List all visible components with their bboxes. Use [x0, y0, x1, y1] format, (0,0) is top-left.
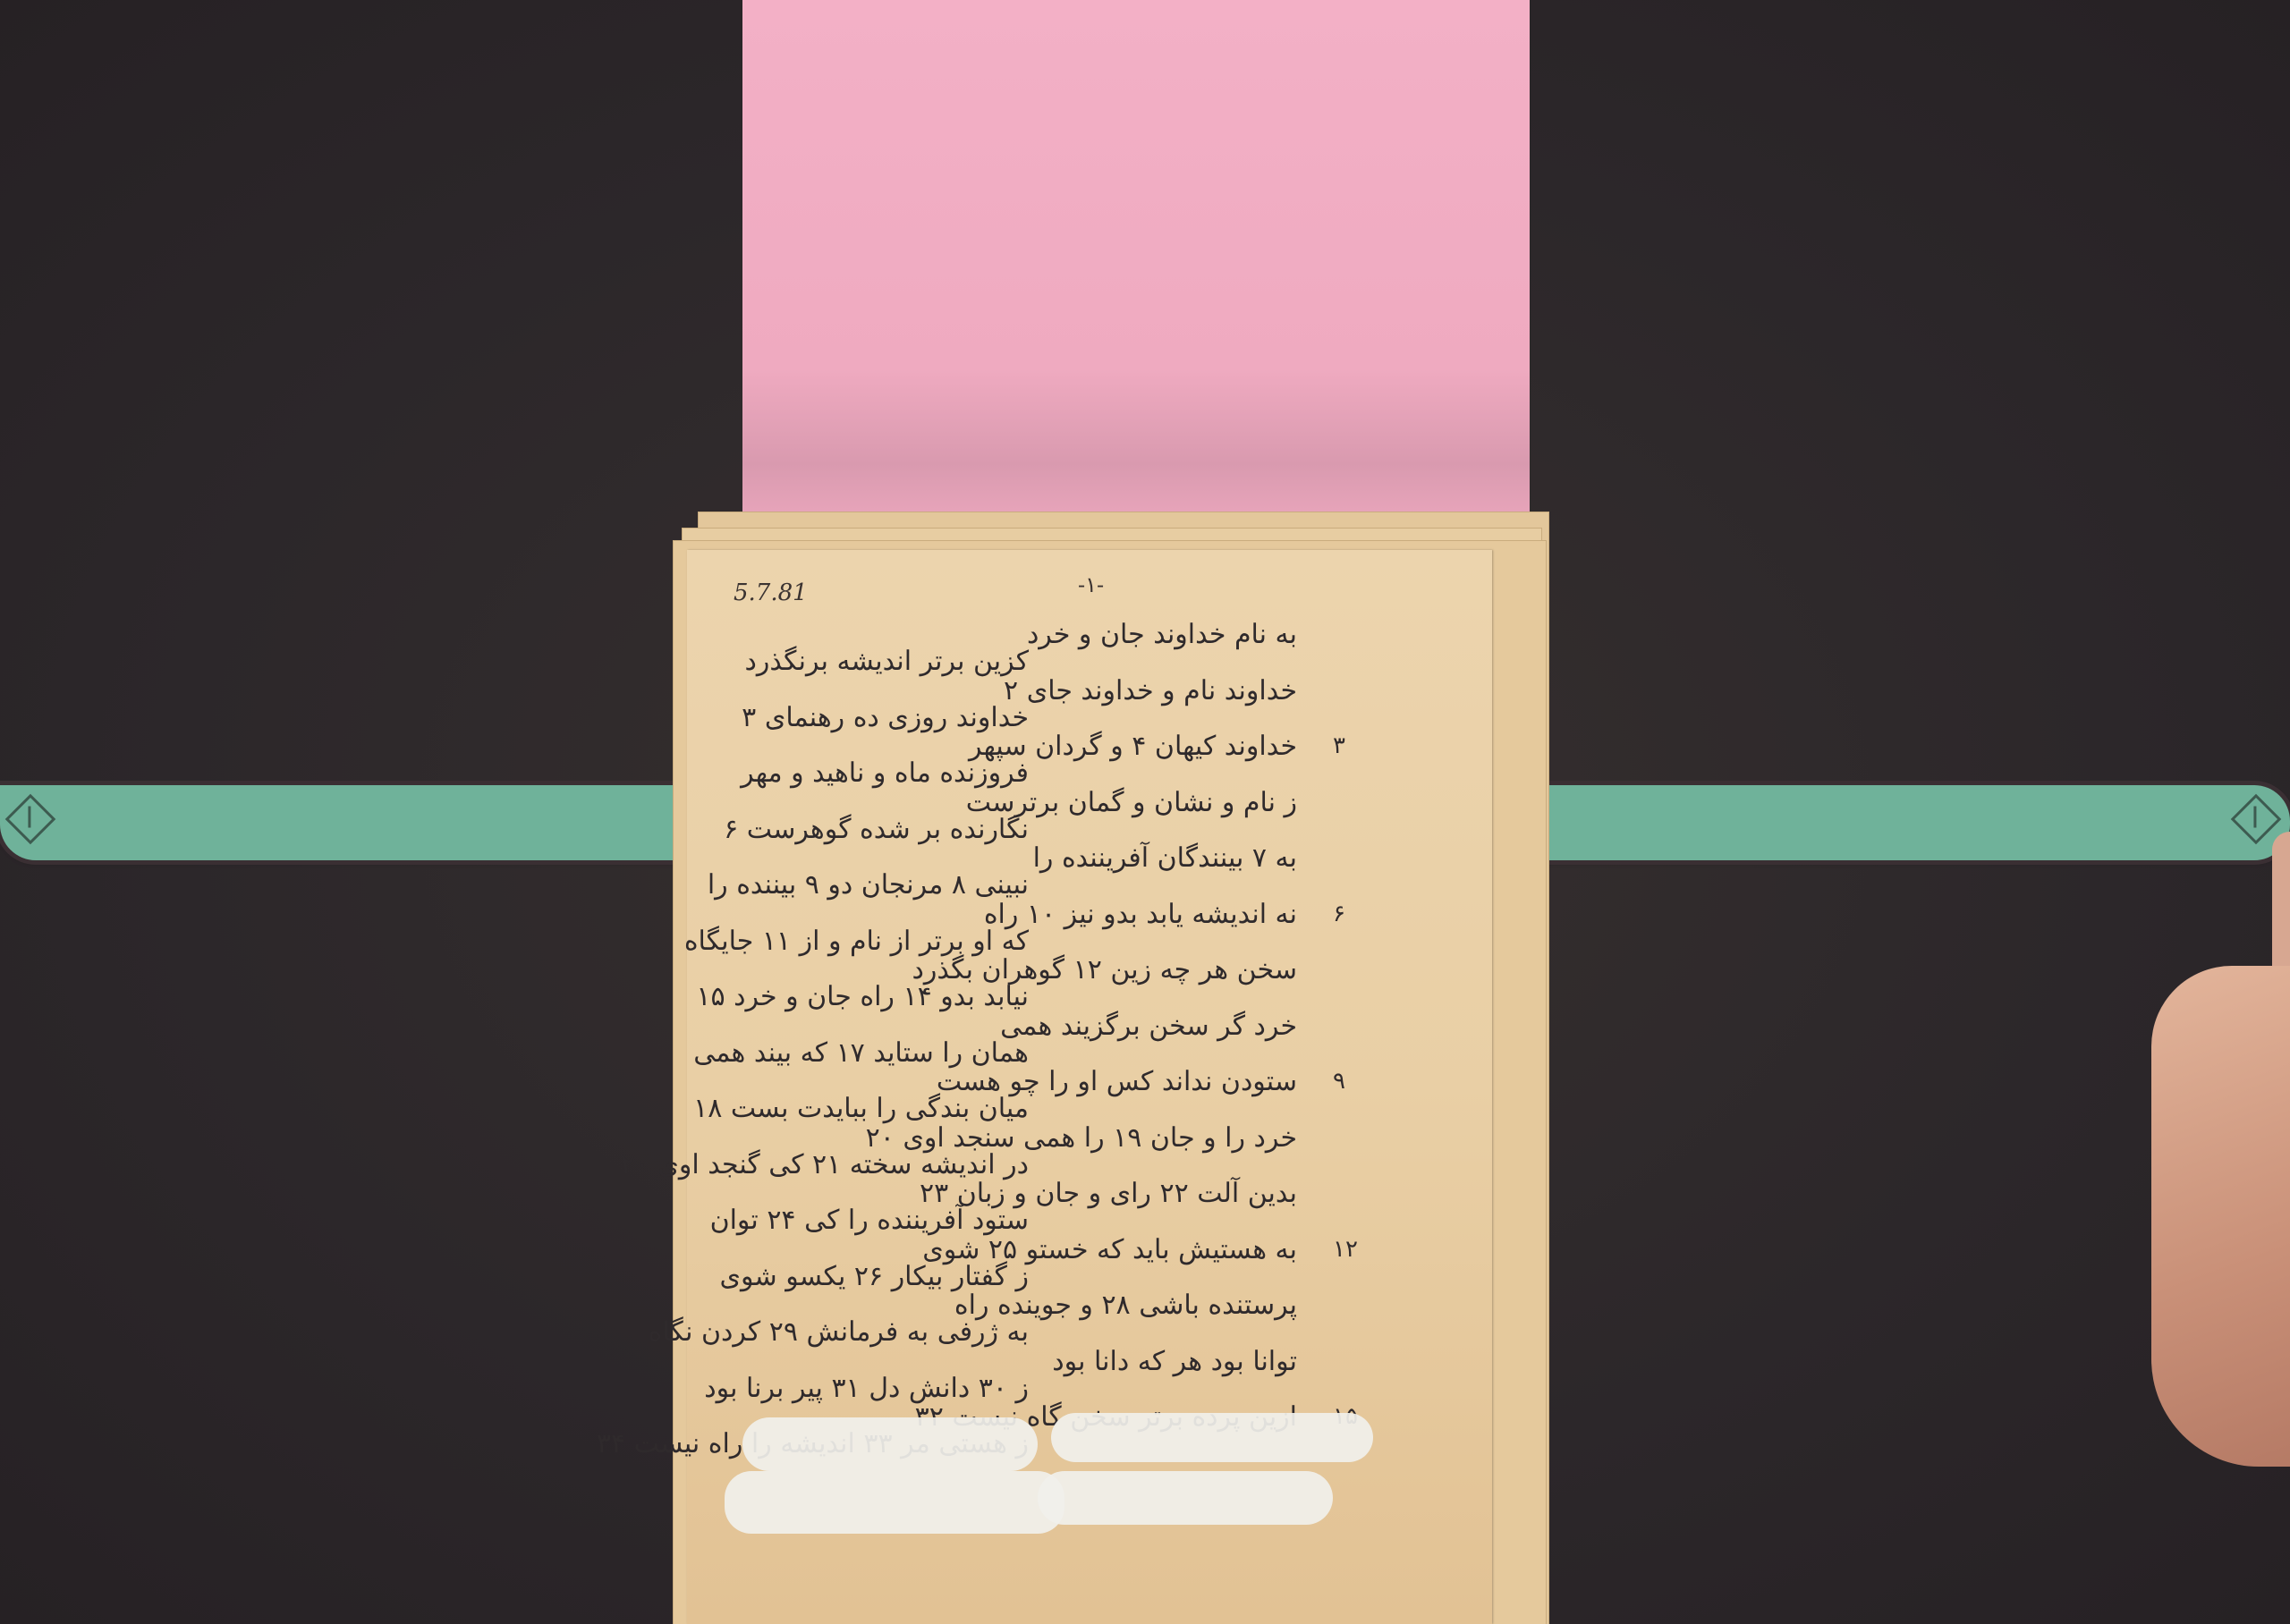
verse-left-hemistich: خداوند روزی ده رهنمای ۳ [742, 702, 1029, 733]
line-number: ۹ [1333, 1068, 1345, 1095]
verse-left-hemistich: نگارنده بر شده گوهرست ۶ [724, 814, 1029, 845]
verse-right-hemistich: توانا بود هر که دانا بود [1052, 1346, 1297, 1377]
line-number: ۶ [1333, 901, 1345, 927]
diamond-marker-icon [5, 794, 56, 845]
verse-left-hemistich: کزین برتر اندیشه برنگذرد [745, 646, 1029, 677]
line-number: ۳ [1333, 732, 1345, 759]
verse-right-hemistich: به ۷ بینندگان آفریننده را [1033, 842, 1297, 874]
page-date: 5.7.81 [734, 579, 808, 606]
verse-left-hemistich: میان بندگی را ببایدت بست ۱۸ [693, 1093, 1029, 1124]
correction-fluid-patch [1038, 1471, 1333, 1525]
verse-left-hemistich: که او برتر از نام و از ۱۱ جایگاه [684, 926, 1029, 957]
correction-fluid-patch [725, 1471, 1064, 1534]
verse-left-hemistich: ستود آفریننده را کی ۲۴ توان [710, 1205, 1029, 1236]
diamond-marker-icon [2231, 794, 2282, 845]
verse-right-hemistich: خداوند نام و خداوند جای ۲ [1004, 675, 1297, 706]
page-number: -۱- [1078, 572, 1104, 597]
verse-left-hemistich: فروزنده ماه و ناهید و مهر [741, 757, 1029, 789]
verse-right-hemistich: به نام خداوند جان و خرد [1027, 619, 1297, 650]
correction-fluid-patch [742, 1417, 1038, 1471]
verse-right-hemistich: نه اندیشه یابد بدو نیز ۱۰ راه [984, 899, 1297, 930]
verse-left-hemistich: به ژرفی به فرمانش ۲۹ کردن نگاه [649, 1316, 1029, 1348]
correction-fluid-patch [1051, 1413, 1373, 1462]
verse-left-hemistich: ز ۳۰ دانش دل ۳۱ پیر برنا بود [704, 1373, 1029, 1404]
verse-right-hemistich: خرد گر سخن برگزیند همی [1000, 1011, 1297, 1042]
right-green-bar [1521, 785, 2290, 860]
verse-left-hemistich: نبینی ۸ مرنجان دو ۹ بیننده را [708, 869, 1029, 901]
line-number: ۱۲ [1333, 1236, 1358, 1263]
pink-cover-sheet [742, 0, 1530, 528]
verse-left-hemistich: ز گفتار بیکار ۲۶ یکسو شوی [720, 1261, 1029, 1292]
verse-left-hemistich: در اندیشه سخته ۲۱ کی گنجد اوی ۲۰ [621, 1149, 1029, 1180]
hand [2151, 966, 2290, 1467]
verse-left-hemistich: نیابد بدو ۱۴ راه جان و خرد ۱۵ [696, 981, 1029, 1012]
verse-left-hemistich: همان را ستاید ۱۷ که بیند همی [693, 1037, 1029, 1069]
left-green-bar [0, 785, 734, 860]
